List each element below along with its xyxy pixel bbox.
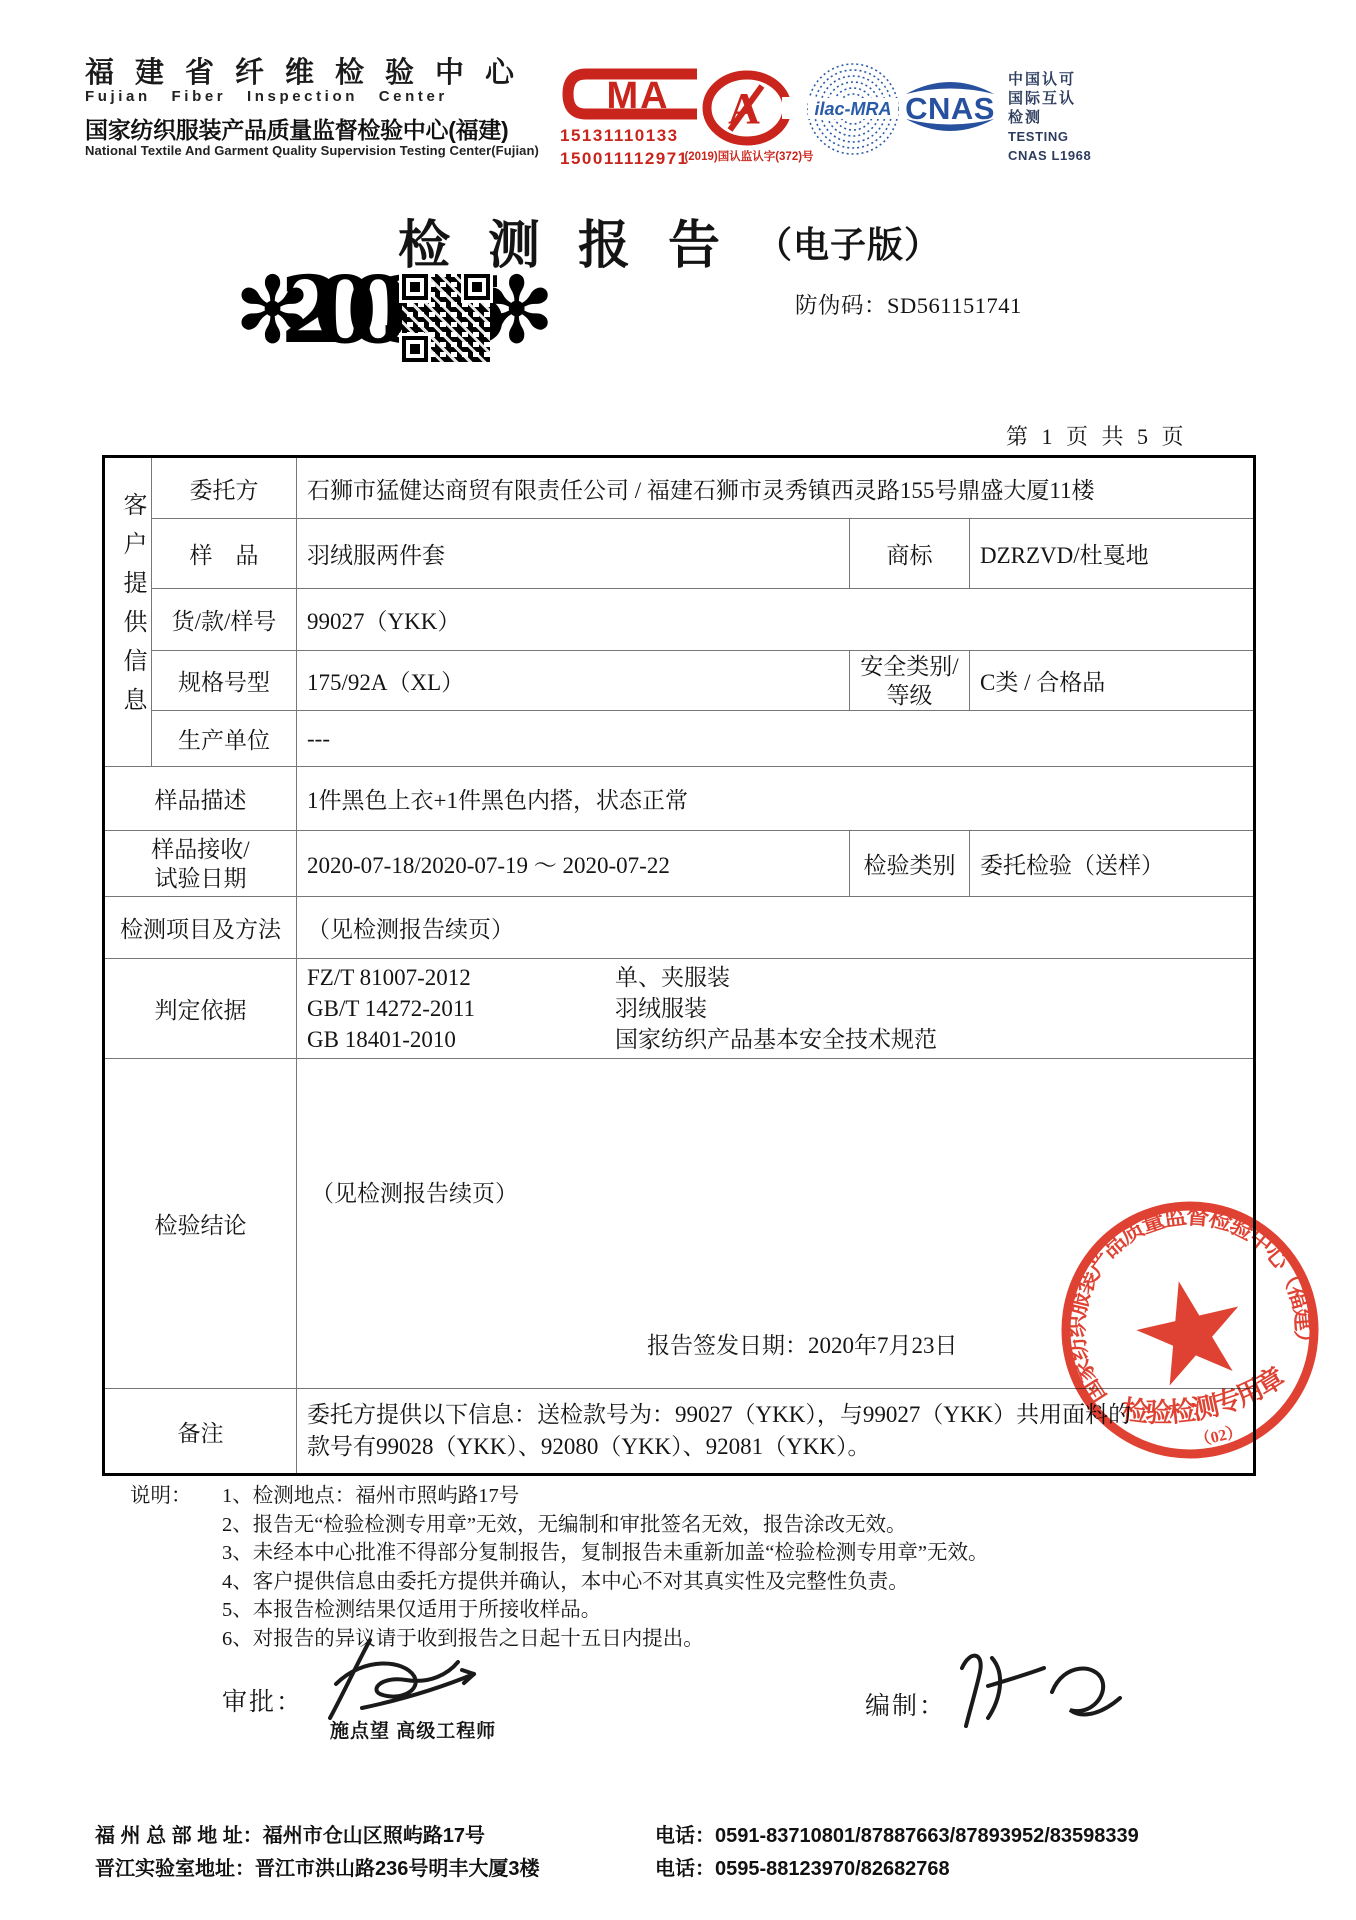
- footer-addr-value: 福州市仓山区照屿路17号: [263, 1825, 485, 1847]
- manufacturer-value: ---: [297, 711, 1255, 767]
- cal-logo: A: [700, 70, 794, 148]
- row-label-test-items: 检测项目及方法: [104, 897, 297, 959]
- stamp-star: [1128, 1270, 1252, 1390]
- antifake-code-line: 防伪码：SD561151741: [795, 288, 1022, 320]
- qr-finder-pattern: [402, 274, 428, 300]
- org-name-cn: 福建省纤维检验中心: [85, 50, 535, 91]
- footer-tel-label: 电话：: [655, 1858, 715, 1880]
- approve-label: 审批：: [222, 1682, 303, 1718]
- footer-tel-value: 0591-83710801/87887663/87893952/83598339: [715, 1825, 1139, 1847]
- note-item: 1、检测地点：福州市照屿路17号: [222, 1482, 988, 1511]
- note-item: 2、报告无“检验检测专用章”无效，无编制和审批签名无效，报告涂改无效。: [222, 1511, 988, 1540]
- compile-label: 编制：: [865, 1686, 946, 1722]
- footer-tel-label: 电话：: [655, 1825, 715, 1847]
- table-row: 样品描述 1件黑色上衣+1件黑色内搭，状态正常: [104, 767, 1255, 831]
- table-row: 生产单位 ---: [104, 711, 1255, 767]
- row-label-trademark: 商标: [850, 519, 970, 589]
- row-label-spec: 规格号型: [152, 651, 297, 711]
- note-item: 4、客户提供信息由委托方提供并确认，本中心不对其真实性及完整性负责。: [222, 1568, 988, 1597]
- center-name-en: National Textile And Garment Quality Sup…: [85, 143, 539, 158]
- row-label-consignor: 委托方: [152, 457, 297, 519]
- footer-tel-value: 0595-88123970/82682768: [715, 1858, 950, 1880]
- approver-name-title: 施点望 高级工程师: [330, 1716, 496, 1743]
- qr-finder-pattern: [402, 336, 428, 362]
- table-row: 判定依据 FZ/T 81007-2012单、夹服装 GB/T 14272-201…: [104, 959, 1255, 1059]
- notes-block: 说明： 1、检测地点：福州市照屿路17号 2、报告无“检验检测专用章”无效，无编…: [130, 1482, 988, 1654]
- cnas-logo: CNAS: [898, 74, 1002, 138]
- cnas-caption-line: CNAS L1968: [1008, 146, 1091, 165]
- qr-finder-pattern: [464, 274, 490, 300]
- cma-logo: MA: [560, 64, 710, 124]
- table-row: 规格号型 175/92A（XL） 安全类别/等级 C类 / 合格品: [104, 651, 1255, 711]
- safety-class-value: C类 / 合格品: [970, 651, 1255, 711]
- spec-value: 175/92A（XL）: [297, 651, 850, 711]
- svg-text:CNAS: CNAS: [905, 91, 995, 126]
- row-label-safety-class: 安全类别/等级: [850, 651, 970, 711]
- table-row: 货/款/样号 99027（YKK）: [104, 589, 1255, 651]
- table-row: 客户提供信息 委托方 石狮市猛健达商贸有限责任公司 / 福建石狮市灵秀镇西灵路1…: [104, 457, 1255, 519]
- table-row: 样 品 羽绒服两件套 商标 DZRZVD/杜戛地: [104, 519, 1255, 589]
- qr-code: [402, 274, 490, 362]
- judgment-basis-value: FZ/T 81007-2012单、夹服装 GB/T 14272-2011羽绒服装…: [297, 959, 1255, 1059]
- svg-text:MA: MA: [606, 75, 669, 117]
- notes-prefix: 说明：: [130, 1482, 192, 1511]
- table-row: 检测项目及方法 （见检测报告续页）: [104, 897, 1255, 959]
- cnas-caption: 中国认可 国际互认 检测 TESTING CNAS L1968: [1008, 70, 1091, 165]
- row-label-manufacturer: 生产单位: [152, 711, 297, 767]
- table-row: 样品接收/ 试验日期 2020-07-18/2020-07-19 ～ 2020-…: [104, 831, 1255, 897]
- cnas-caption-line: 检测: [1008, 108, 1091, 127]
- svg-text:ilac-MRA: ilac-MRA: [814, 99, 891, 119]
- client-info-side-label: 客户提供信息: [104, 457, 152, 767]
- cnas-caption-line: 国际互认: [1008, 89, 1091, 108]
- note-item: 3、未经本中心批准不得部分复制报告，复制报告未重新加盖“检验检测专用章”无效。: [222, 1539, 988, 1568]
- style-no-value: 99027（YKK）: [297, 589, 1255, 651]
- row-label-judgment-basis: 判定依据: [104, 959, 297, 1059]
- row-label-remark: 备注: [104, 1389, 297, 1475]
- cma-code-1: 15131110133: [560, 126, 679, 146]
- sample-desc-value: 1件黑色上衣+1件黑色内搭，状态正常: [297, 767, 1255, 831]
- trademark-value: DZRZVD/杜戛地: [970, 519, 1255, 589]
- cal-caption: (2019)国认监认字(372)号: [676, 148, 822, 164]
- cma-code-2: 150011112971: [560, 149, 689, 169]
- footer-addr-label: 晋江实验室地址：: [95, 1858, 255, 1880]
- row-label-receive-date: 样品接收/ 试验日期: [104, 831, 297, 897]
- row-label-inspection-type: 检验类别: [850, 831, 970, 897]
- ilac-mra-logo: ilac-MRA: [806, 62, 900, 156]
- row-label-conclusion: 检验结论: [104, 1059, 297, 1389]
- row-label-sample-desc: 样品描述: [104, 767, 297, 831]
- antifake-label: 防伪码：: [795, 293, 887, 318]
- compile-signature: [948, 1640, 1128, 1732]
- row-label-sample: 样 品: [152, 519, 297, 589]
- sample-value: 羽绒服两件套: [297, 519, 850, 589]
- row-label-style-no: 货/款/样号: [152, 589, 297, 651]
- cnas-caption-line: TESTING: [1008, 127, 1091, 146]
- inspection-type-value: 委托检验（送样）: [970, 831, 1255, 897]
- basis-line: GB 18401-2010国家纺织产品基本安全技术规范: [307, 1024, 1243, 1055]
- page-root: { "header": { "org_cn": "福建省纤维检验中心", "or…: [0, 0, 1356, 1920]
- antifake-value: SD561151741: [887, 293, 1022, 318]
- footer-address-row: 福 州 总 部 地 址：福州市仓山区照屿路17号 电话：0591-8371080…: [95, 1820, 1139, 1853]
- basis-line: GB/T 14272-2011羽绒服装: [307, 993, 1243, 1024]
- conclusion-see-note: （见检测报告续页）: [311, 1175, 518, 1208]
- receive-date-value: 2020-07-18/2020-07-19 ～ 2020-07-22: [297, 831, 850, 897]
- note-item: 5、本报告检测结果仅适用于所接收样品。: [222, 1596, 988, 1625]
- footer-addr-value: 晋江市洪山路236号明丰大厦3楼: [255, 1858, 540, 1880]
- cnas-caption-line: 中国认可: [1008, 70, 1091, 89]
- approve-signature: [312, 1634, 492, 1722]
- report-sign-date: 报告签发日期：2020年7月23日: [647, 1327, 958, 1360]
- org-name-en: Fujian Fiber Inspection Center: [85, 88, 448, 105]
- footer-addr-label: 福 州 总 部 地 址：: [95, 1825, 263, 1847]
- center-name-cn: 国家纺织服装产品质量监督检验中心(福建): [85, 112, 508, 145]
- page-indicator: 第 1 页 共 5 页: [1006, 420, 1188, 451]
- test-items-value: （见检测报告续页）: [297, 897, 1255, 959]
- report-title-suffix: （电子版）: [756, 217, 941, 268]
- consignor-value: 石狮市猛健达商贸有限责任公司 / 福建石狮市灵秀镇西灵路155号鼎盛大厦11楼: [297, 457, 1255, 519]
- footer-address-row: 晋江实验室地址：晋江市洪山路236号明丰大厦3楼 电话：0595-8812397…: [95, 1853, 1139, 1886]
- footer-block: 福 州 总 部 地 址：福州市仓山区照屿路17号 电话：0591-8371080…: [95, 1820, 1139, 1886]
- basis-line: FZ/T 81007-2012单、夹服装: [307, 962, 1243, 993]
